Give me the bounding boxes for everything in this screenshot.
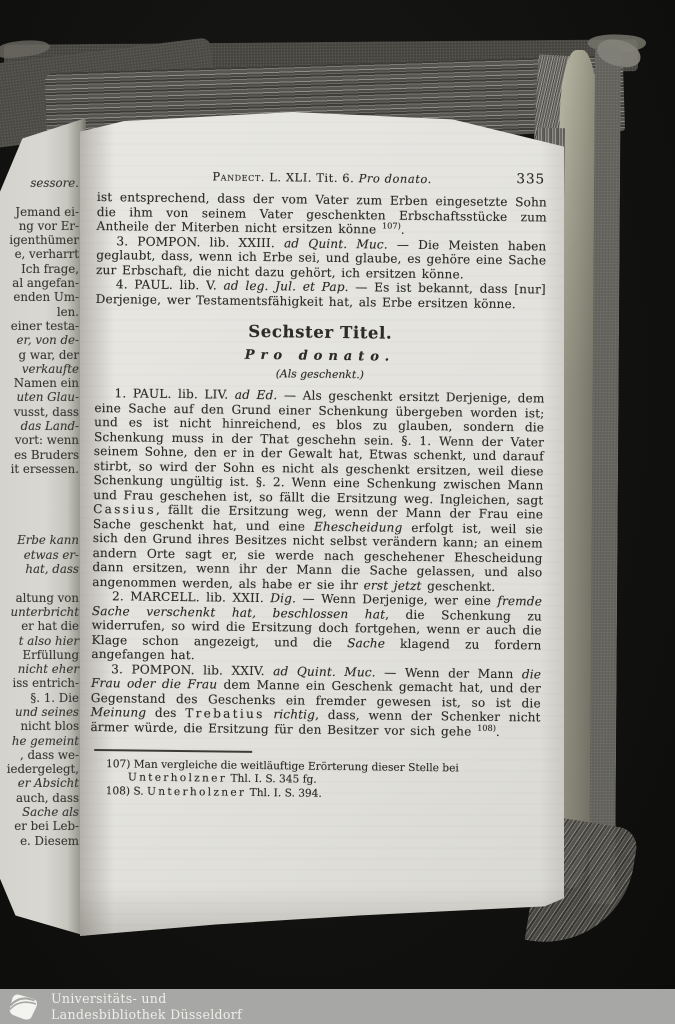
- left-page-text-line: es Bruders: [1, 448, 79, 462]
- paragraph: 4. PAUL. lib. V. ad leg. Jul. et Pap. — …: [96, 277, 546, 311]
- left-page-text-line: iss entrich-: [1, 676, 79, 690]
- body-text: ist entsprechend, dass der vom Vater zum…: [90, 190, 547, 739]
- left-page-text-line: verkaufte: [1, 362, 79, 376]
- library-name-line2: Landesbibliothek Düsseldorf: [51, 1007, 242, 1022]
- left-page-text-line: sessore.: [1, 176, 79, 190]
- left-page-text-line: auch, dass: [1, 791, 79, 805]
- left-page-text-line: it ersessen.: [1, 462, 79, 476]
- left-page-text-line: enden Um-: [1, 290, 79, 304]
- left-page-text-line: [1, 576, 79, 590]
- left-page-text-line: nicht blos: [1, 719, 79, 733]
- left-page-text-line: er Absicht: [1, 776, 79, 790]
- left-page-text-line: Ich frage,: [1, 262, 79, 276]
- left-page-text-line: g war, der: [1, 348, 79, 362]
- left-page-text-line: hat, dass: [1, 562, 79, 576]
- left-page-text-line: e. Diesem: [1, 834, 79, 848]
- left-page-text-line: das Land-: [1, 419, 79, 433]
- section-title: Sechster Titel.: [95, 320, 545, 344]
- text-run: Unterholzner: [128, 772, 227, 785]
- left-page-text-line: nicht eher: [1, 662, 79, 676]
- paragraph: 2. MARCELL. lib. XXII. Dig. — Wenn Derje…: [91, 589, 542, 667]
- left-page-text-line: Erfüllung: [1, 648, 79, 662]
- page-content: Pandect. L. XLI. Tit. 6. Pro donato. 335…: [90, 112, 548, 804]
- footnotes: 107) Man vergleiche die weitläuftige Erö…: [90, 758, 540, 804]
- left-page-text-line: [1, 190, 79, 204]
- book-cover-right-edge: [589, 46, 621, 904]
- text-run: 4. PAUL. lib. V.: [116, 277, 224, 292]
- paragraph: 3. POMPON. lib. XXIV. ad Quint. Muc. — W…: [90, 661, 541, 739]
- text-run: ad Quint. Muc.: [273, 664, 376, 679]
- left-page-text-line: [1, 519, 79, 533]
- text-run: Trebatius: [185, 706, 265, 721]
- library-name: Universitäts- und Landesbibliothek Düsse…: [51, 991, 242, 1021]
- left-page-text-line: vusst, dass: [1, 405, 79, 419]
- left-page-text-line: Namen ein: [1, 376, 79, 390]
- text-run: Meinung: [91, 705, 147, 720]
- footnote-rule: [94, 749, 252, 753]
- left-page-text-line: altung von: [1, 591, 79, 605]
- text-run: 108) S.: [106, 785, 147, 798]
- left-page-text-line: Sache als: [1, 805, 79, 819]
- section-note: (Als geschenkt.): [95, 365, 545, 383]
- left-page-text-line: er bei Leb-: [1, 819, 79, 833]
- left-page-text-line: e, verharrt: [1, 247, 79, 261]
- left-page-text-column: sessore. Jemand ei-ng vor Er-igenthümere…: [1, 176, 79, 848]
- running-header: Pandect. L. XLI. Tit. 6. Pro donato. 335: [97, 168, 547, 187]
- text-run: ad leg. Jul. et Pap.: [223, 279, 348, 295]
- library-footer-banner: Universitäts- und Landesbibliothek Düsse…: [0, 989, 675, 1024]
- text-run: Sache: [347, 636, 385, 650]
- left-page-text-line: igenthümer: [1, 233, 79, 247]
- text-run: 1. PAUL. lib. LIV.: [114, 386, 234, 401]
- header-title-smallcaps: Pandect.: [212, 169, 265, 184]
- text-run: des: [146, 706, 185, 720]
- paragraph: 1. PAUL. lib. LIV. ad Ed. — Als geschenk…: [92, 386, 544, 594]
- left-page-text-line: §. 1. Die: [1, 691, 79, 705]
- text-run: richtig: [273, 707, 315, 722]
- text-run: Ehescheidung: [314, 519, 403, 534]
- text-run: Cassius: [93, 502, 156, 517]
- text-run: ad Ed.: [235, 388, 278, 403]
- header-title-italic: Pro donato.: [359, 171, 432, 186]
- left-page-text-line: uten Glau-: [1, 390, 79, 404]
- left-page-text-line: er hat die: [1, 619, 79, 633]
- left-page-text-line: vort: wenn: [1, 433, 79, 447]
- left-page-text-line: Erbe kann: [1, 533, 79, 547]
- text-run: 2. MARCELL. lib. XXII.: [112, 589, 270, 605]
- paragraph: ist entsprechend, dass der vom Vater zum…: [97, 190, 547, 239]
- text-run: ist entsprechend, dass der vom Vater zum…: [97, 190, 547, 236]
- text-run: Thl. I. S. 345 fg.: [227, 773, 317, 786]
- text-run: 3. POMPON. lib. XXIII.: [116, 234, 284, 250]
- left-page-text-line: Jemand ei-: [1, 205, 79, 219]
- left-page-text-line: ng vor Er-: [1, 219, 79, 233]
- left-page-text-line: unterbricht: [1, 605, 79, 619]
- header-title-plain: L. XLI. Tit. 6.: [265, 170, 359, 185]
- text-run: Thl. I. S. 394.: [246, 787, 322, 800]
- text-run: Dig.: [270, 591, 296, 605]
- text-run: — Wenn der Mann: [376, 665, 522, 681]
- left-page-text-line: iedergelegt,: [1, 762, 79, 776]
- text-run: .: [401, 223, 405, 237]
- text-run: [265, 707, 274, 721]
- text-run: 3. POMPON. lib. XXIV.: [111, 662, 273, 678]
- left-page-text-line: t also hier: [1, 634, 79, 648]
- section-subtitle: Pro donato.: [95, 346, 545, 366]
- left-page-text-line: [1, 476, 79, 490]
- left-page-text-line: etwas er-: [1, 548, 79, 562]
- left-page-text-line: al angefan-: [1, 276, 79, 290]
- left-page-text-line: he gemeint: [1, 734, 79, 748]
- library-name-line1: Universitäts- und: [51, 991, 242, 1006]
- scanned-book-photo: sessore. Jemand ei-ng vor Er-igenthümere…: [0, 0, 675, 1024]
- paragraph: 3. POMPON. lib. XXIII. ad Quint. Muc. — …: [96, 233, 546, 282]
- left-page: sessore. Jemand ei-ng vor Er-igenthümere…: [0, 118, 86, 936]
- text-run: .: [496, 724, 500, 738]
- text-run: — Als geschenkt ersitzt Derjenige, dem e…: [93, 388, 544, 507]
- text-run: geschenkt.: [422, 578, 496, 593]
- left-page-text-line: [1, 505, 79, 519]
- left-page-text-line: len.: [1, 305, 79, 319]
- text-run: 108): [477, 722, 496, 732]
- text-run: ad Quint. Muc.: [284, 236, 388, 251]
- text-run: 107): [382, 220, 401, 230]
- left-page-text-line: [1, 491, 79, 505]
- ulb-duesseldorf-logo-icon: [7, 993, 41, 1021]
- text-run: erst jetzt: [364, 578, 422, 593]
- left-page-text-line: er, von de-: [1, 333, 79, 347]
- left-page-text-line: und seines: [1, 705, 79, 719]
- right-page: Pandect. L. XLI. Tit. 6. Pro donato. 335…: [80, 112, 564, 936]
- page-number: 335: [516, 171, 545, 187]
- left-page-text-line: , dass we-: [1, 748, 79, 762]
- text-run: Unterholzner: [147, 785, 246, 798]
- left-page-text-line: einer testa-: [1, 319, 79, 333]
